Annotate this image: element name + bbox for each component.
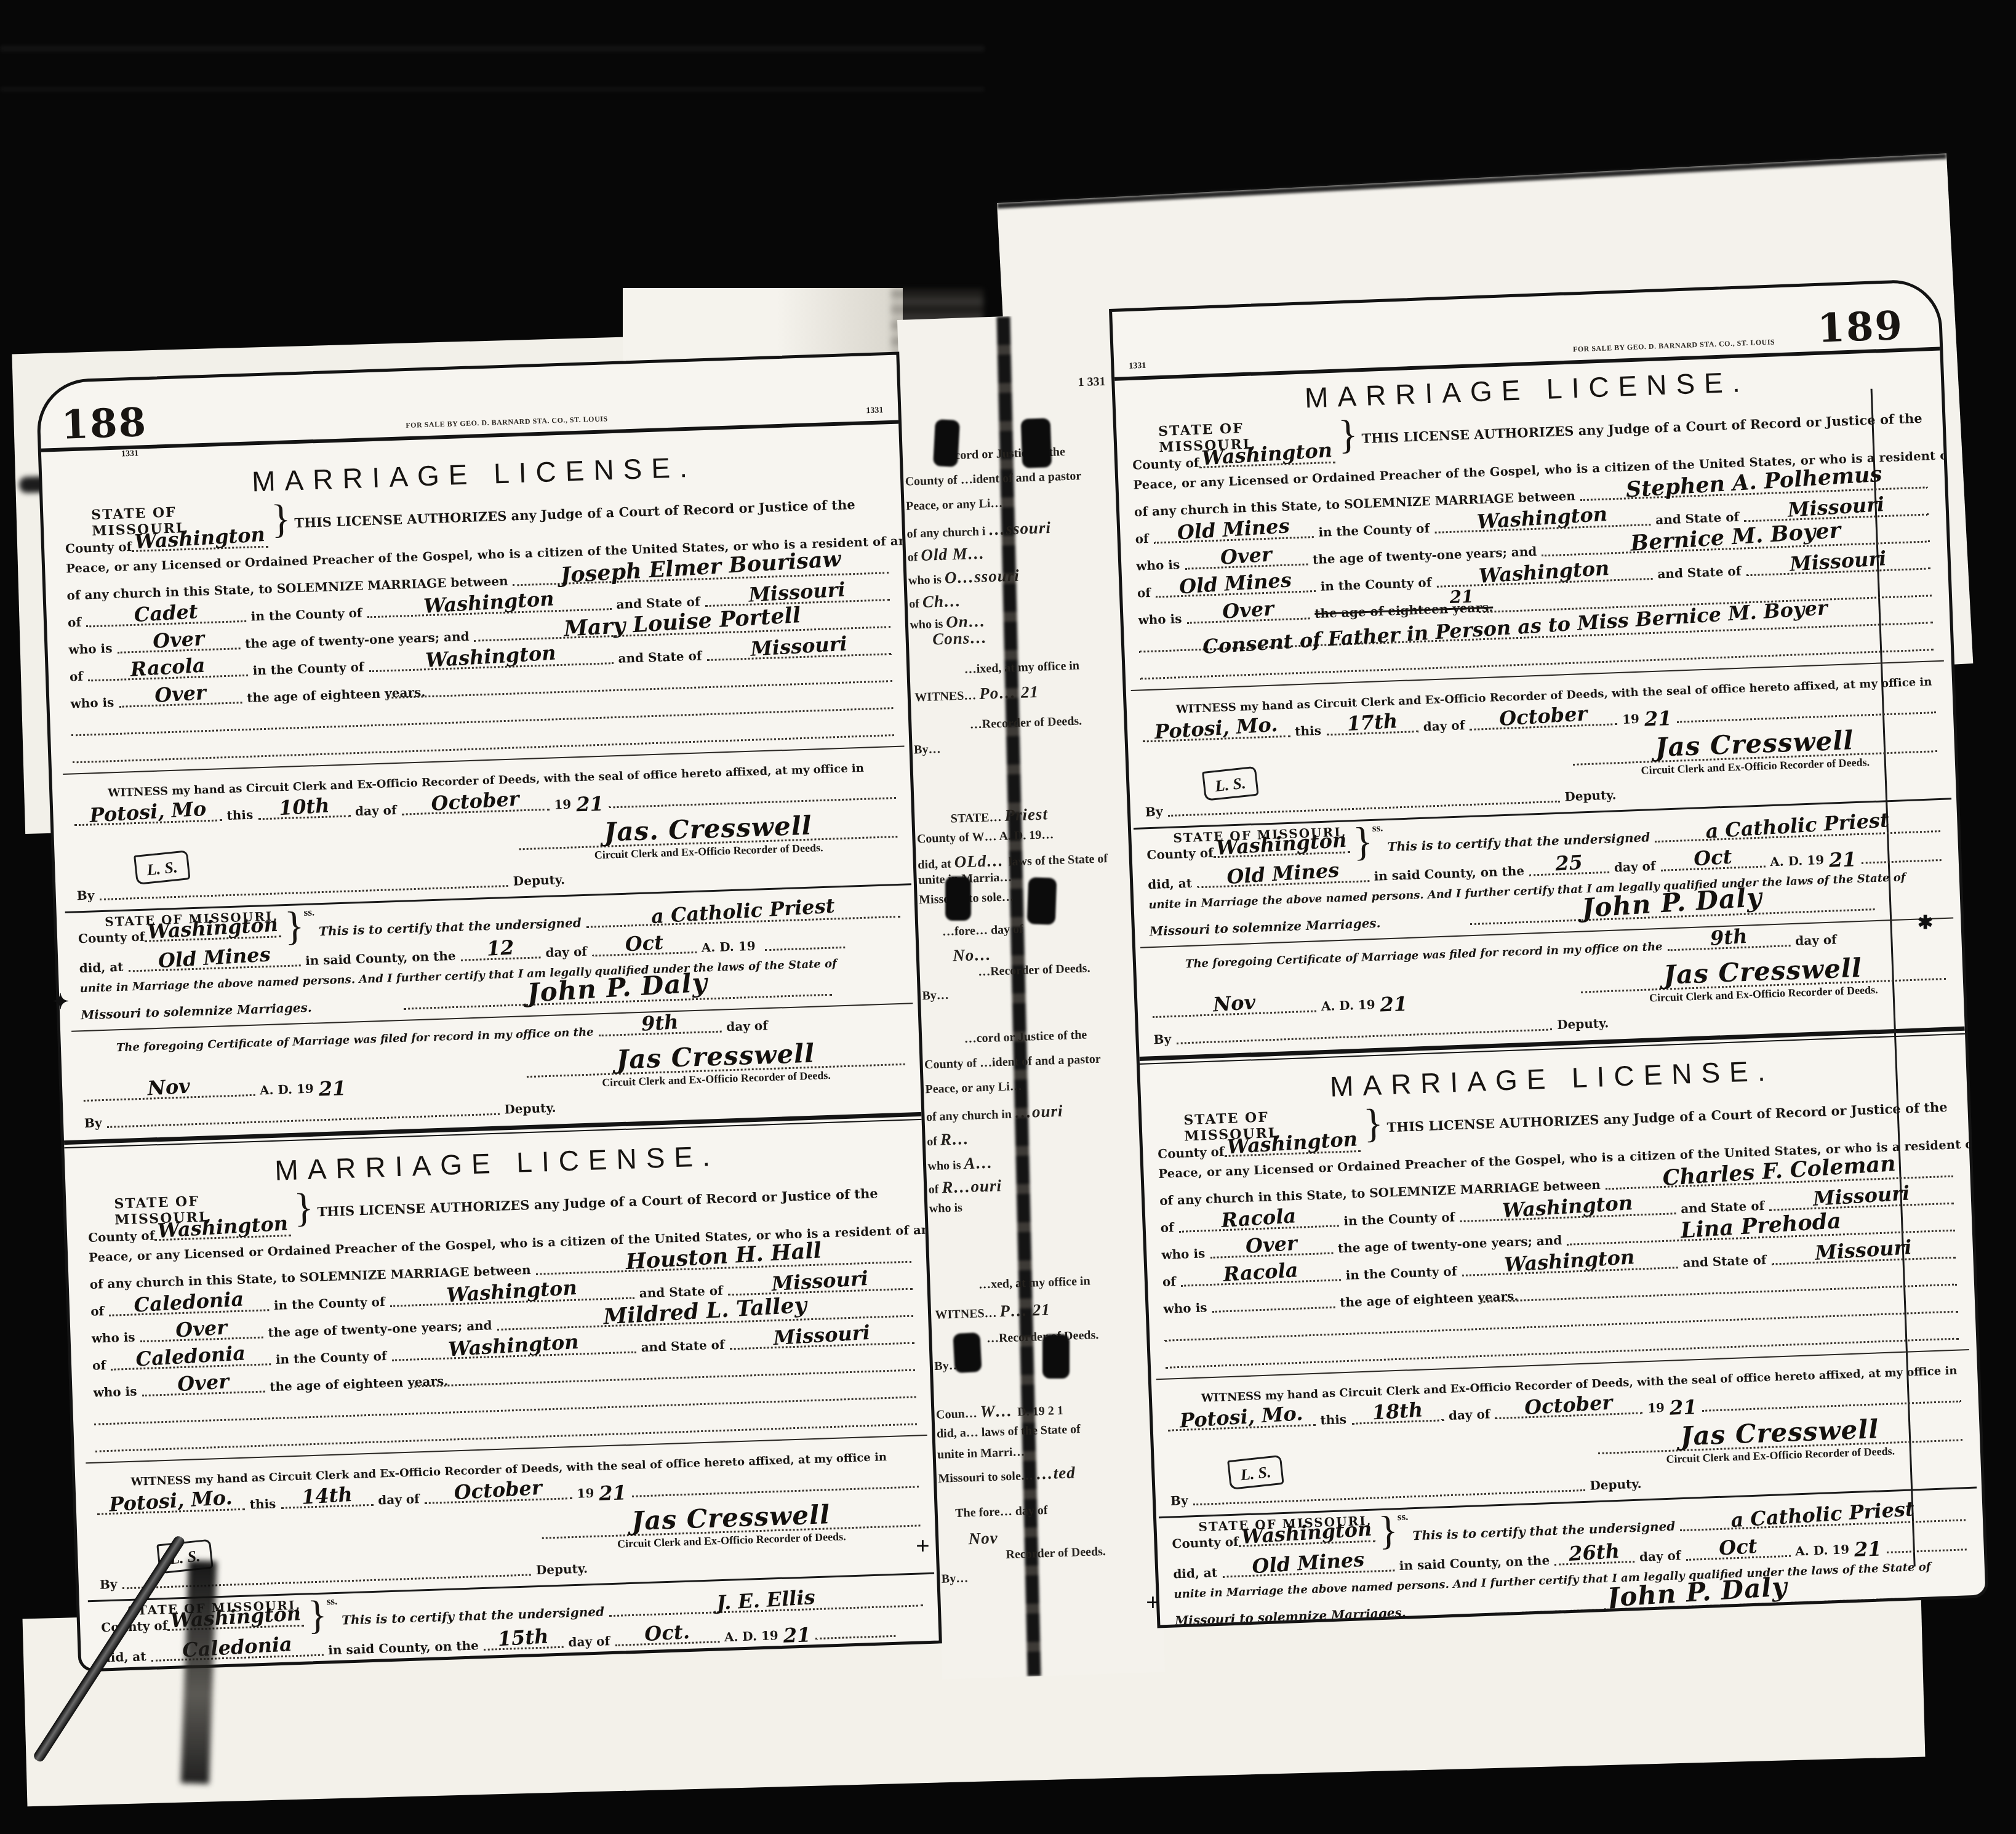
gutter-text-fragment: unite in Marri… (937, 1445, 1025, 1462)
filed-clerk-signature: Jas Cresswell (616, 1041, 815, 1073)
handwritten-cert-month: Oct (625, 932, 664, 955)
handwritten-cert-county: Washington (147, 915, 279, 942)
handwritten-bride-state: Missouri (750, 633, 848, 659)
handwritten-bride-residence: Old Mines (1178, 570, 1292, 596)
brace: } (1334, 416, 1362, 454)
gutter-text-fragment: Coun… W… D. 19 2 1 (935, 1400, 1063, 1423)
gutter-text-fragment: …cord or Justice of the (964, 1028, 1087, 1046)
handwritten-cert-place: Old Mines (158, 945, 271, 971)
gutter-text-fragment: …xed, at my office in (978, 1274, 1090, 1292)
handwritten-witness-day: 10th (278, 796, 330, 819)
handwritten-groom-state: Missouri (748, 580, 846, 605)
ink-blot (933, 419, 960, 467)
handwritten-witness-year: 21 (576, 794, 604, 814)
gutter-text-fragment: of Ch… (909, 591, 962, 612)
scanned-marriage-register-photo: 1 331 …cord or Justice of the County of … (0, 0, 2016, 1834)
handwritten-bride-state: Missouri (1814, 1238, 1912, 1263)
handwritten-cert-month: Oct. (644, 1622, 690, 1644)
witness-block: WITNESS my hand as Circuit Clerk and Ex-… (1141, 665, 1939, 822)
handwritten-cert-month: Oct (1718, 1536, 1758, 1558)
ink-blot (1021, 418, 1052, 468)
handwritten-officiant: J. E. Ellis (716, 1587, 815, 1612)
handwritten-bride-county: Washington (448, 1332, 580, 1359)
handwritten-bride-residence: Caledonia (135, 1343, 246, 1370)
gutter-text-fragment: By… (914, 742, 941, 757)
handwritten-county: Washington (157, 1214, 289, 1241)
gutter-text-fragment: No… (953, 945, 992, 965)
margin-mark-star: ✦ (52, 990, 70, 1014)
scanner-streak (0, 46, 985, 52)
handwritten-groom-age: Over (1220, 545, 1273, 567)
gutter-text-fragment: …Recorder of Deeds. (978, 961, 1090, 979)
handwritten-witness-year: 21 (599, 1483, 627, 1504)
clerk-signature: Jas Cresswell (631, 1502, 831, 1535)
handwritten-cert-place: Old Mines (1251, 1550, 1364, 1576)
gutter-text-fragment: who is A… (927, 1153, 993, 1174)
gutter-text-fragment: By… (922, 988, 949, 1003)
filed-clerk-signature: Jas Cresswell (1663, 955, 1862, 988)
handwritten-officiant: a Catholic Priest (1730, 1499, 1915, 1531)
handwritten-groom-state: Missouri (1787, 494, 1885, 520)
handwritten-witness-month: October (1524, 1393, 1613, 1418)
handwritten-filed-day: 9th (1710, 926, 1748, 948)
handwritten-bride-age: Over (1222, 598, 1274, 621)
handwritten-filed-day: 9th (641, 1012, 679, 1035)
gutter-text-fragment: Nov (968, 1529, 998, 1549)
page-edge-shadow (997, 153, 1946, 209)
handwritten-groom-residence: Caledonia (134, 1289, 244, 1316)
county-label: County of (65, 539, 132, 559)
form-number: 1331 (121, 449, 139, 462)
certify-text-3: Missouri to solemnize Marriages. (1150, 916, 1382, 942)
handwritten-witness-month: October (1498, 703, 1588, 729)
gutter-text-fragment: Missouri to sole… …ted (938, 1463, 1076, 1486)
age-eighteen-label: the age of eighteen years. (1340, 1288, 1476, 1313)
handwritten-office-place: Potosi, Mo (89, 799, 207, 825)
ink-blot (1027, 877, 1057, 925)
authorize-text-1: THIS LICENSE AUTHORIZES any Judge of a C… (1386, 1099, 1948, 1138)
certify-text-3: Missouri to solemnize Marriages. (81, 1000, 312, 1025)
gutter-text-fragment: Peace, or any Li… (925, 1079, 1022, 1097)
page-188-forms: MARRIAGE LICENSE. STATE OF MISSOURI, Cou… (63, 436, 930, 1672)
gutter-text-fragment: …Recorder of Deeds. (969, 714, 1082, 732)
gutter-text-fragment: of any church in …ouri (926, 1102, 1063, 1125)
handwritten-bride-state: Missouri (1789, 548, 1887, 574)
handwritten-witness-day: 14th (301, 1484, 353, 1507)
county-blank: Washington (1225, 1148, 1361, 1157)
county-blank: Washington (154, 1233, 291, 1241)
handwritten-bride-residence: Racola (130, 655, 206, 679)
register-page-189: 1331 FOR SALE BY GEO. D. BARNARD STA. CO… (1109, 278, 1989, 1628)
brace: } (1359, 1105, 1388, 1143)
handwritten-groom-age: Over (1245, 1233, 1298, 1256)
handwritten-cert-day: 15th (497, 1626, 549, 1649)
gutter-text-fragment: 1 331 (1078, 375, 1106, 390)
age-eighteen-label: the age of eighteen years. (270, 1372, 406, 1397)
county-label: County of (88, 1228, 155, 1249)
handwritten-witness-day: 17th (1346, 711, 1398, 734)
gutter-text-fragment: did, at OLd… laws of the State of (918, 847, 1108, 873)
county-label: County of (1158, 1144, 1225, 1164)
gutter-text-fragment: Peace, or any Li… (906, 496, 1003, 513)
gutter-text-fragment: County of …ident of and a pastor (924, 1052, 1101, 1072)
handwritten-groom-age: Over (175, 1318, 227, 1340)
gutter-text-fragment: did, a… laws of the State of (937, 1422, 1081, 1441)
ink-blot (945, 876, 971, 921)
handwritten-bride-state: Missouri (773, 1323, 871, 1348)
page-189-forms: MARRIAGE LICENSE. STATE OF MISSOURI, Cou… (1129, 351, 1972, 1628)
gutter-text-fragment: By… (942, 1571, 969, 1586)
form-number: 1331 (1129, 361, 1146, 374)
ink-blot (1042, 1334, 1070, 1379)
county-label: County of (1132, 455, 1199, 476)
brace: } (267, 500, 295, 538)
gutter-text-fragment: STATE… Priest (950, 804, 1048, 827)
handwritten-witness-month: October (431, 788, 520, 813)
gutter-text-fragment: WITNES… Po… 21 (914, 683, 1039, 706)
age-eighteen-label: the age of eighteen years. (247, 684, 383, 708)
handwritten-filed-year: 21 (1380, 994, 1408, 1015)
gutter-text-fragment: …ixed, at my office in (964, 659, 1080, 677)
gutter-text-fragment: of any church i …ssouri (906, 518, 1051, 542)
gutter-text-fragment: County of …ident of and a pastor (905, 469, 1081, 489)
handwritten-cert-day: 25 (1554, 852, 1583, 874)
handwritten-groom-age: Over (152, 628, 204, 651)
witness-block: WITNESS my hand as Circuit Clerk and Ex-… (73, 751, 898, 906)
handwritten-cert-day: 26th (1568, 1541, 1620, 1564)
handwritten-officiant: a Catholic Priest (650, 896, 835, 927)
handwritten-witness-year: 21 (1669, 1398, 1697, 1419)
authorize-text-1: THIS LICENSE AUTHORIZES any Judge of a C… (294, 497, 855, 534)
brace: } (290, 1190, 318, 1227)
handwritten-groom-residence: Racola (1220, 1206, 1297, 1231)
notary-seal: L. S. (1227, 1455, 1284, 1490)
handwritten-groom-county: Washington (423, 589, 555, 617)
handwritten-bride-county: Washington (425, 643, 557, 670)
handwritten-cert-month: Oct (1693, 847, 1732, 869)
handwritten-cert-year: 21 (1829, 849, 1857, 870)
handwritten-bride-age: Over (154, 683, 206, 705)
handwritten-office-place: Potosi, Mo. (1179, 1403, 1303, 1431)
handwritten-groom-residence: Old Mines (1177, 516, 1290, 542)
margin-mark-cross: + (1146, 1588, 1160, 1617)
handwritten-office-place: Potosi, Mo. (108, 1488, 233, 1515)
handwritten-witness-day: 18th (1371, 1400, 1423, 1423)
handwritten-bride-residence: Racola (1223, 1260, 1299, 1285)
marriage-license-form-189-2: MARRIAGE LICENSE. STATE OF MISSOURI, Cou… (1154, 1040, 1972, 1628)
handwritten-office-place: Potosi, Mo. (1154, 715, 1278, 742)
gutter-text-fragment: Recorder of Deeds. (1006, 1545, 1106, 1562)
handwritten-filed-month: Nov (147, 1076, 191, 1099)
gutter-text-fragment: who is O…ssouri (908, 566, 1020, 589)
gutter-text-fragment: of R… (927, 1129, 970, 1150)
gutter-text-fragment: of R…ouri (928, 1176, 1002, 1198)
page-number: 188 (60, 403, 148, 446)
handwritten-groom-residence: Cadet (134, 601, 198, 625)
filed-block: The foregoing Certificate of Marriage wa… (1150, 920, 1947, 1050)
handwritten-age-correction: 21 (1449, 587, 1474, 607)
gutter-text-fragment: of Old M… (907, 543, 985, 565)
handwritten-cert-year: 21 (783, 1625, 811, 1645)
filed-block: The foregoing Certificate of Marriage wa… (81, 1006, 906, 1134)
handwritten-groom-state: Missouri (1812, 1183, 1910, 1209)
clerk-signature: Jas Cresswell (1655, 727, 1854, 761)
ink-blot (953, 1332, 982, 1373)
witness-block: WITNESS my hand as Circuit Clerk and Ex-… (96, 1440, 922, 1595)
margin-mark-asterisk: ✱ (1918, 912, 1933, 934)
register-page-188: 188 FOR SALE BY GEO. D. BARNARD STA. CO.… (36, 351, 942, 1672)
marriage-license-form-188-1: MARRIAGE LICENSE. STATE OF MISSOURI, Cou… (63, 436, 906, 1134)
witness-block: WITNESS my hand as Circuit Clerk and Ex-… (1166, 1355, 1964, 1512)
handwritten-bride-age: Over (177, 1372, 229, 1395)
gutter-text-fragment: …fore… day of (942, 923, 1024, 939)
county-blank: Washington (132, 544, 268, 552)
handwritten-officiant: a Catholic Priest (1705, 810, 1890, 841)
handwritten-witness-month: October (454, 1478, 543, 1502)
handwritten-cert-day: 12 (486, 938, 514, 959)
form-number: 1331 (866, 406, 884, 418)
handwritten-county: Washington (134, 524, 266, 552)
handwritten-witness-year: 21 (1644, 708, 1672, 729)
handwritten-filed-year: 21 (318, 1078, 346, 1099)
gutter-text-fragment: Cons… (932, 628, 988, 649)
gutter-text-fragment: who is (929, 1201, 963, 1216)
handwritten-groom-county: Washington (446, 1278, 578, 1305)
gutter-text-fragment: County of W… A. D. 19… (917, 828, 1054, 846)
authorize-text-1: THIS LICENSE AUTHORIZES any Judge of a C… (1361, 410, 1922, 449)
handwritten-cert-place: Old Mines (1226, 860, 1339, 887)
margin-mark-cross: + (916, 1531, 930, 1560)
marriage-license-form-189-1: MARRIAGE LICENSE. STATE OF MISSOURI, Cou… (1129, 351, 1947, 1051)
scanner-streak (0, 87, 985, 91)
handwritten-cert-year: 21 (1854, 1539, 1882, 1560)
notary-seal: L. S. (1202, 766, 1258, 801)
clerk-signature: Jas. Cresswell (604, 813, 813, 846)
handwritten-groom-state: Missouri (771, 1268, 869, 1294)
notary-seal: L. S. (134, 850, 190, 885)
county-blank: Washington (1199, 460, 1335, 468)
gutter-text-fragment: WITNES… P… 21 (935, 1300, 1050, 1323)
page-number: 189 (1817, 306, 1904, 349)
authorize-text-1: THIS LICENSE AUTHORIZES any Judge of a C… (317, 1186, 878, 1223)
handwritten-filed-month: Nov (1212, 993, 1256, 1015)
